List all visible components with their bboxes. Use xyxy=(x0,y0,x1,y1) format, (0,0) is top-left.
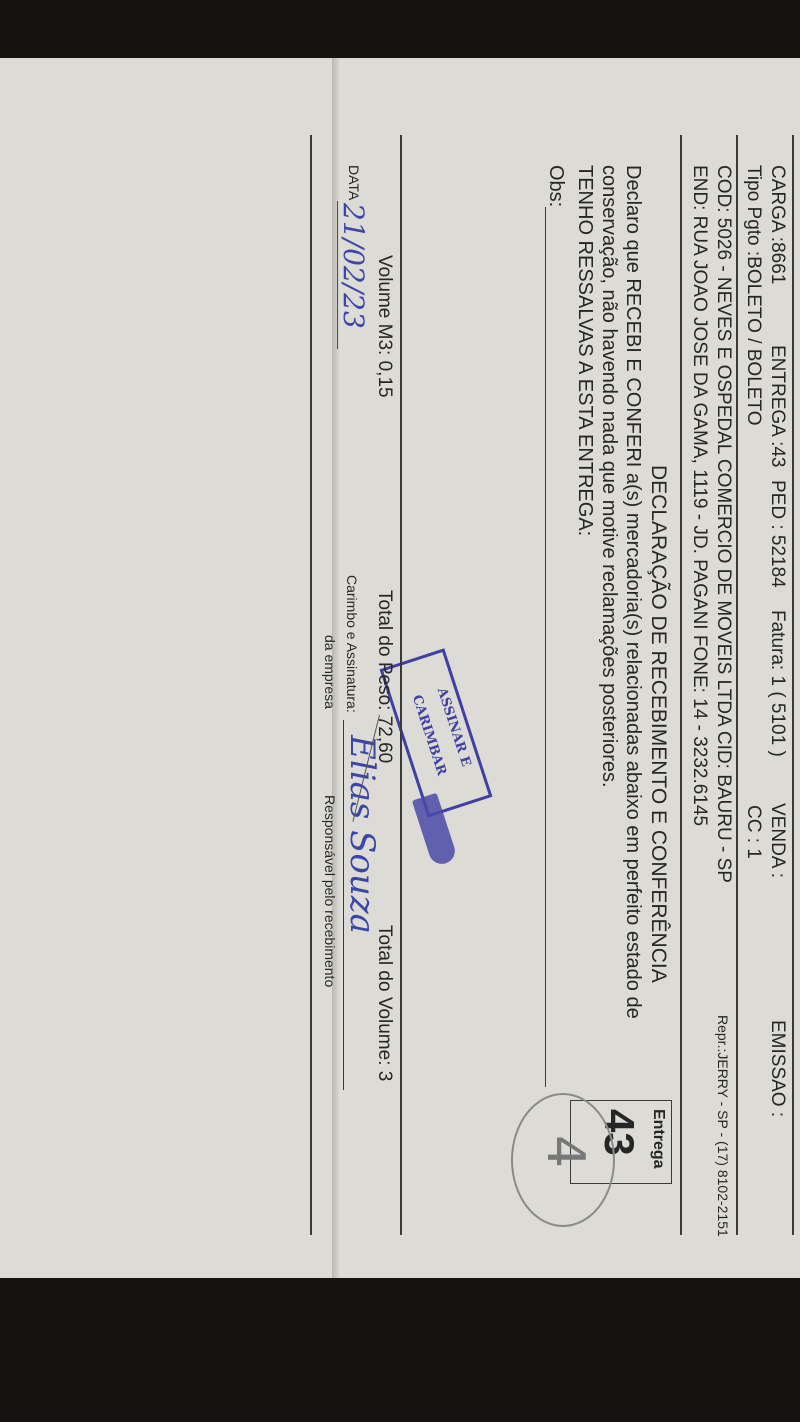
declaration-line-2: conservação, não havendo nada que motive… xyxy=(597,165,621,788)
handwritten-number: 4 xyxy=(535,1135,595,1168)
customer-address: END: RUA JOAO JOSE DA GAMA, 1119 - JD. P… xyxy=(688,165,710,826)
assinar-carimbar-stamp: ASSINAR E CARIMBAR xyxy=(380,648,493,817)
top-rule xyxy=(792,135,794,1235)
carimbo-label-2: da empresa xyxy=(322,635,338,709)
declaration-title: DECLARAÇÃO DE RECEBIMENTO E CONFERÊNCIA xyxy=(646,465,670,983)
date-line xyxy=(337,201,338,349)
declaration-line-1: Declaro que RECEBI E CONFERI a(s) mercad… xyxy=(621,165,645,1019)
handwritten-date: 21/02/23 xyxy=(337,203,370,329)
bottom-rule xyxy=(310,135,312,1235)
totals-rule xyxy=(400,135,402,1235)
emissao-field: EMISSAO : xyxy=(766,1020,788,1117)
tipo-pgto-field: Tipo Pgto :BOLETO / BOLETO xyxy=(742,165,764,425)
obs-label: Obs: xyxy=(544,165,568,207)
obs-line xyxy=(545,207,546,1087)
carimbo-label: Carimbo e Assinatura: xyxy=(344,575,360,713)
handwritten-signature: Elias Souza xyxy=(342,735,382,934)
total-volume: Total do Volume: 3 xyxy=(373,925,395,1081)
data-label: DATA xyxy=(346,165,362,200)
representative: Repr.:JERRY - SP - (17) 8102-2151 xyxy=(715,1015,731,1237)
responsavel-label: Responsável pelo recebimento xyxy=(322,795,338,987)
volume-m3: Volume M3: 0,15 xyxy=(373,255,395,398)
customer-rule xyxy=(680,135,682,1235)
entrega-box-label: Entrega xyxy=(649,1109,667,1169)
cc-field: CC : 1 xyxy=(742,805,764,859)
venda-field: VENDA : xyxy=(766,803,788,878)
header-rule xyxy=(736,135,738,1235)
carga-field: CARGA :8661 xyxy=(766,165,788,284)
handwritten-circle-mark: 4 xyxy=(511,1093,615,1227)
declaration-line-3: TENHO RESSALVAS A ESTA ENTREGA: xyxy=(573,165,597,536)
fatura-field: Fatura: 1 ( 5101 ) xyxy=(766,610,788,757)
delivery-receipt: CARGA :8661 ENTREGA :43 PED : 52184 Fatu… xyxy=(280,135,800,1235)
entrega-field: ENTREGA :43 xyxy=(766,345,788,468)
customer-cod: COD: 5026 - NEVES E OSPEDAL COMERCIO DE … xyxy=(712,165,734,883)
ped-field: PED : 52184 xyxy=(766,480,788,588)
